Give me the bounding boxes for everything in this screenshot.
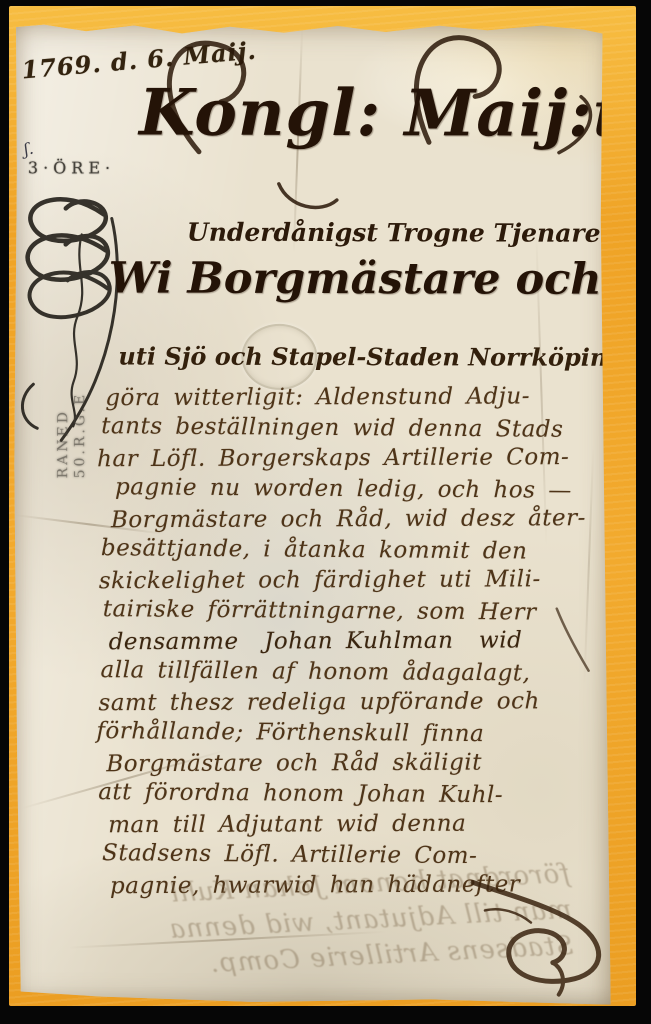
- ink-swirl-icon: [467, 872, 617, 1000]
- issuer-line: Wi Borgmästare och Råd: [109, 253, 609, 304]
- archival-mark: ʃ.: [22, 139, 35, 159]
- document-paper: 1769. d. 6. Maij. ʃ. 3·ÖRE· RANED 50.R.G…: [12, 23, 614, 1005]
- body-line: skickelighet och färdighet uti Mili-: [99, 564, 611, 597]
- body-line: har Löfl. Borgerskaps Artillerie Com-: [97, 442, 611, 475]
- body-line: göra witterligit: Aldenstund Adju-: [105, 381, 611, 414]
- body-line: densamme Johan Kuhlman wid: [109, 625, 611, 658]
- body-text: göra witterligit: Aldenstund Adju-tants …: [98, 381, 611, 901]
- body-line: besättjande, i åtanka kommit den: [101, 533, 611, 568]
- body-line: pagnie nu worden ledig, och hos —: [115, 472, 611, 506]
- body-line: att förordna honom Johan Kuhl-: [98, 777, 610, 812]
- body-line: Borgmästare och Råd skäligit: [106, 747, 610, 780]
- place-line: uti Sjö och Stapel-Staden Norrköping: [118, 341, 608, 371]
- vertical-stamp-line2: 50.R.G.E: [72, 328, 89, 478]
- photo-frame: 1769. d. 6. Maij. ʃ. 3·ÖRE· RANED 50.R.G…: [0, 0, 651, 1024]
- duty-stamp: 3·ÖRE·: [28, 158, 115, 177]
- body-line: tairiske förrättningarne, som Herr: [103, 594, 611, 628]
- body-line: man till Adjutant wid denna: [108, 808, 610, 841]
- ink-stroke-icon: [551, 603, 596, 678]
- body-line: tants beställningen wid denna Stads: [101, 411, 611, 446]
- body-line: samt thesz redeliga upförande och: [98, 686, 610, 719]
- vertical-stamp: RANED 50.R.G.E: [55, 328, 89, 478]
- body-line: Borgmästare och Råd, wid desz åter-: [111, 503, 611, 536]
- vertical-stamp-line1: RANED: [55, 328, 72, 478]
- body-line: alla tillfällen af honom ådagalagt,: [100, 655, 610, 690]
- subtitle-line: Underdånigst Trogne Tjenare: [179, 218, 609, 248]
- royal-title: Kongl: Maij:ts: [139, 76, 599, 152]
- body-line: förhållande; Förthenskull finna: [96, 716, 610, 751]
